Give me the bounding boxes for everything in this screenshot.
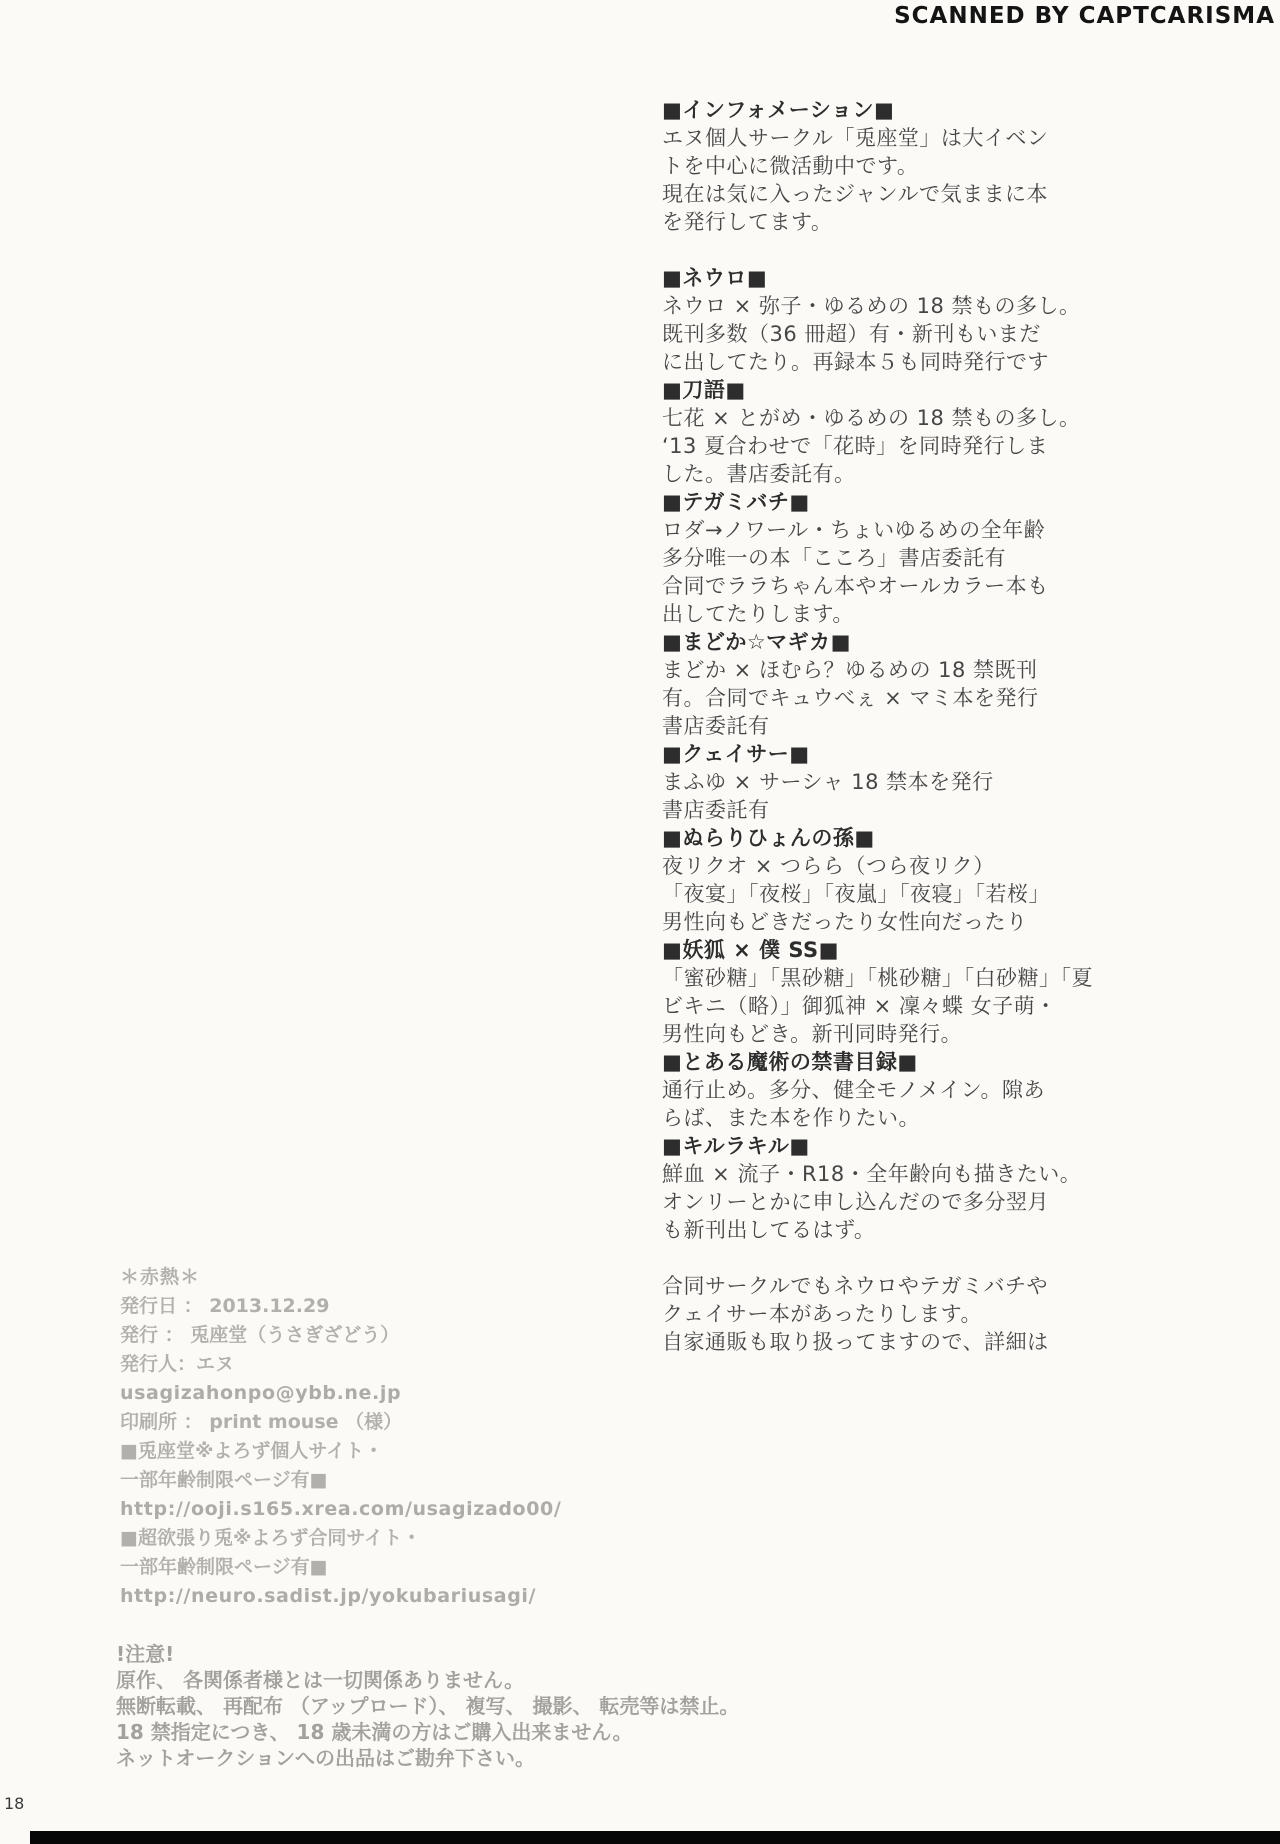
info-line: 七花 × とがめ・ゆるめの 18 禁もの多し。 [662, 404, 1092, 432]
info-line: ■テガミバチ■ [662, 488, 1092, 516]
notice-line: 無断転載、 再配布 （アップロード）、 複写、 撮影、 転売等は禁止。 [116, 1693, 739, 1719]
info-line: クェイサー本があったりします。 [662, 1300, 1092, 1328]
colophon-lines: 発行日 ： 2013.12.29発行 ： 兎座堂（うさぎざどう）発行人：エヌus… [120, 1292, 561, 1611]
info-line: ‘13 夏合わせで「花時」を同時発行しま [662, 432, 1092, 460]
info-line: 「夜宴」「夜桜」「夜嵐」「夜寝」「若桜」 [662, 880, 1092, 908]
colophon-block: ＊赤熱＊ 発行日 ： 2013.12.29発行 ： 兎座堂（うさぎざどう）発行人… [120, 1263, 561, 1611]
page-number: 18 [4, 1794, 24, 1813]
info-line: らば、また本を作りたい。 [662, 1104, 1092, 1132]
info-line: まどか × ほむら？ゆるめの 18 禁既刊 [662, 656, 1092, 684]
info-line: ■キルラキル■ [662, 1132, 1092, 1160]
info-line: 書店委託有 [662, 712, 1092, 740]
colophon-line: 発行日 ： 2013.12.29 [120, 1292, 561, 1321]
info-line: ロダ→ノワール・ちょいゆるめの全年齢 [662, 516, 1092, 544]
info-line: ■妖狐 × 僕 SS■ [662, 936, 1092, 964]
info-line: 男性向もどきだったり女性向だったり [662, 908, 1092, 936]
notice-line: 原作、 各関係者様とは一切関係ありません。 [116, 1667, 739, 1693]
info-line: 既刊多数（36 冊超）有・新刊もいまだ [662, 320, 1092, 348]
info-line: も新刊出してるはず。 [662, 1216, 1092, 1244]
info-line: 「蜜砂糖」「黒砂糖」「桃砂糖」「白砂糖」「夏 [662, 964, 1092, 992]
scan-credit-text: SCANNED BY CAPTCARISMA [894, 3, 1275, 29]
colophon-line: 発行人：エヌ [120, 1350, 561, 1379]
info-line: 合同サークルでもネウロやテガミバチや [662, 1272, 1092, 1300]
colophon-line: 印刷所 ： print mouse （様） [120, 1408, 561, 1437]
info-line: ビキニ（略）」御狐神 × 凜々蝶 女子萌・ [662, 992, 1092, 1020]
colophon-line: 一部年齢制限ページ有■ [120, 1553, 561, 1582]
info-line: エヌ個人サークル「兎座堂」は大イベン [662, 124, 1092, 152]
info-line: ■まどか☆マギカ■ [662, 628, 1092, 656]
doujin-title: ＊赤熱＊ [120, 1263, 561, 1292]
colophon-line: http://neuro.sadist.jp/yokubariusagi/ [120, 1582, 561, 1611]
info-line: 現在は気に入ったジャンルで気ままに本 [662, 180, 1092, 208]
info-column: ■インフォメーション■エヌ個人サークル「兎座堂」は大イベントを中心に微活動中です… [662, 96, 1092, 1356]
info-line: ■ぬらりひょんの孫■ [662, 824, 1092, 852]
info-line: した。書店委託有。 [662, 460, 1092, 488]
info-line: 男性向もどき。新刊同時発行。 [662, 1020, 1092, 1048]
info-line: 鮮血 × 流子・R18・全年齢向も描きたい。 [662, 1160, 1092, 1188]
info-line: 多分唯一の本「こころ」書店委託有 [662, 544, 1092, 572]
notice-line: ネットオークションへの出品はご勘弁下さい。 [116, 1745, 739, 1771]
bottom-scan-bar [30, 1831, 1280, 1844]
colophon-line: 発行 ： 兎座堂（うさぎざどう） [120, 1321, 561, 1350]
info-line [662, 236, 1092, 264]
info-line: まふゆ × サーシャ 18 禁本を発行 [662, 768, 1092, 796]
notice-title: !注意! [116, 1641, 739, 1667]
info-line: 夜リクオ × つらら（つら夜リク） [662, 852, 1092, 880]
notice-block: !注意! 原作、 各関係者様とは一切関係ありません。無断転載、 再配布 （アップ… [116, 1641, 739, 1771]
info-line: トを中心に微活動中です。 [662, 152, 1092, 180]
info-line: ネウロ × 弥子・ゆるめの 18 禁もの多し。 [662, 292, 1092, 320]
colophon-line: usagizahonpo@ybb.ne.jp [120, 1379, 561, 1408]
colophon-line: ■超欲張り兎※よろず合同サイト・ [120, 1524, 561, 1553]
info-line: 自家通販も取り扱ってますので、詳細は [662, 1328, 1092, 1356]
info-line: オンリーとかに申し込んだので多分翌月 [662, 1188, 1092, 1216]
info-line: ■ネウロ■ [662, 264, 1092, 292]
info-line: 出してたりします。 [662, 600, 1092, 628]
info-line [662, 1244, 1092, 1272]
colophon-line: ■兎座堂※よろず個人サイト・ [120, 1437, 561, 1466]
info-line: に出してたり。再録本５も同時発行です [662, 348, 1092, 376]
notice-lines: 原作、 各関係者様とは一切関係ありません。無断転載、 再配布 （アップロード）、… [116, 1667, 739, 1771]
colophon-line: http://ooji.s165.xrea.com/usagizado00/ [120, 1495, 561, 1524]
info-line: ■とある魔術の禁書目録■ [662, 1048, 1092, 1076]
info-line: 合同でララちゃん本やオールカラー本も [662, 572, 1092, 600]
info-line: 書店委託有 [662, 796, 1092, 824]
info-line: ■クェイサー■ [662, 740, 1092, 768]
info-line: を発行してます。 [662, 208, 1092, 236]
notice-line: 18 禁指定につき、 18 歳未満の方はご購入出来ません。 [116, 1719, 739, 1745]
scanned-doujin-info-page: SCANNED BY CAPTCARISMA ■インフォメーション■エヌ個人サー… [0, 0, 1280, 1844]
info-line: ■刀語■ [662, 376, 1092, 404]
colophon-line: 一部年齢制限ページ有■ [120, 1466, 561, 1495]
info-line: 通行止め。多分、健全モノメイン。隙あ [662, 1076, 1092, 1104]
info-line: 有。合同でキュウべぇ × マミ本を発行 [662, 684, 1092, 712]
info-line: ■インフォメーション■ [662, 96, 1092, 124]
